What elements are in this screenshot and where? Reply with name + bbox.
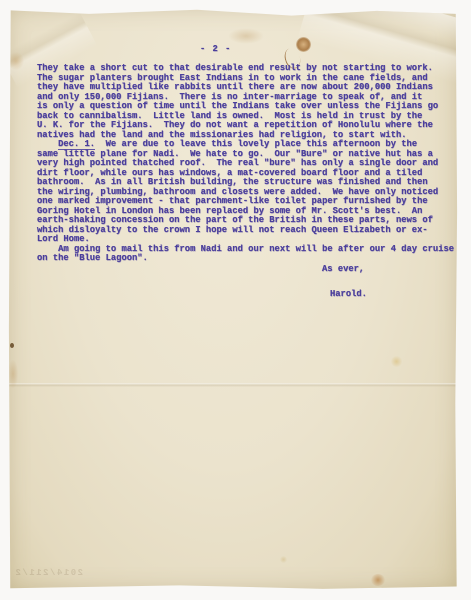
- stain-speck: [10, 343, 14, 348]
- dateline-text: We are due to leave this lovely place th…: [95, 139, 417, 149]
- scan-background: - 2 - They take a short cut to that desi…: [0, 0, 471, 600]
- typed-line: on the "Blue Lagoon".: [37, 254, 455, 264]
- dateline-indent: [37, 139, 58, 149]
- typed-line: which disloyalty to the crown I hope wil…: [37, 226, 455, 236]
- page-number: - 2 -: [200, 44, 231, 54]
- stain-left-edge-mid: [8, 360, 18, 388]
- stain-left-edge: [8, 52, 24, 70]
- stain-yellow-spot: [391, 356, 402, 367]
- paper-fold-line: [8, 383, 458, 387]
- stain-bottom-right: [371, 574, 385, 586]
- stain-smudge: [228, 28, 264, 44]
- closing-valediction: As ever,: [322, 264, 364, 274]
- letter-body: They take a short cut to that desirable …: [37, 64, 455, 264]
- verso-show-through-mark: 2014/211/2: [14, 568, 83, 578]
- signature: Harold.: [330, 289, 367, 299]
- stain-spot: [296, 37, 311, 52]
- stain-faint-bottom: [280, 556, 287, 563]
- letter-page: - 2 - They take a short cut to that desi…: [8, 8, 458, 590]
